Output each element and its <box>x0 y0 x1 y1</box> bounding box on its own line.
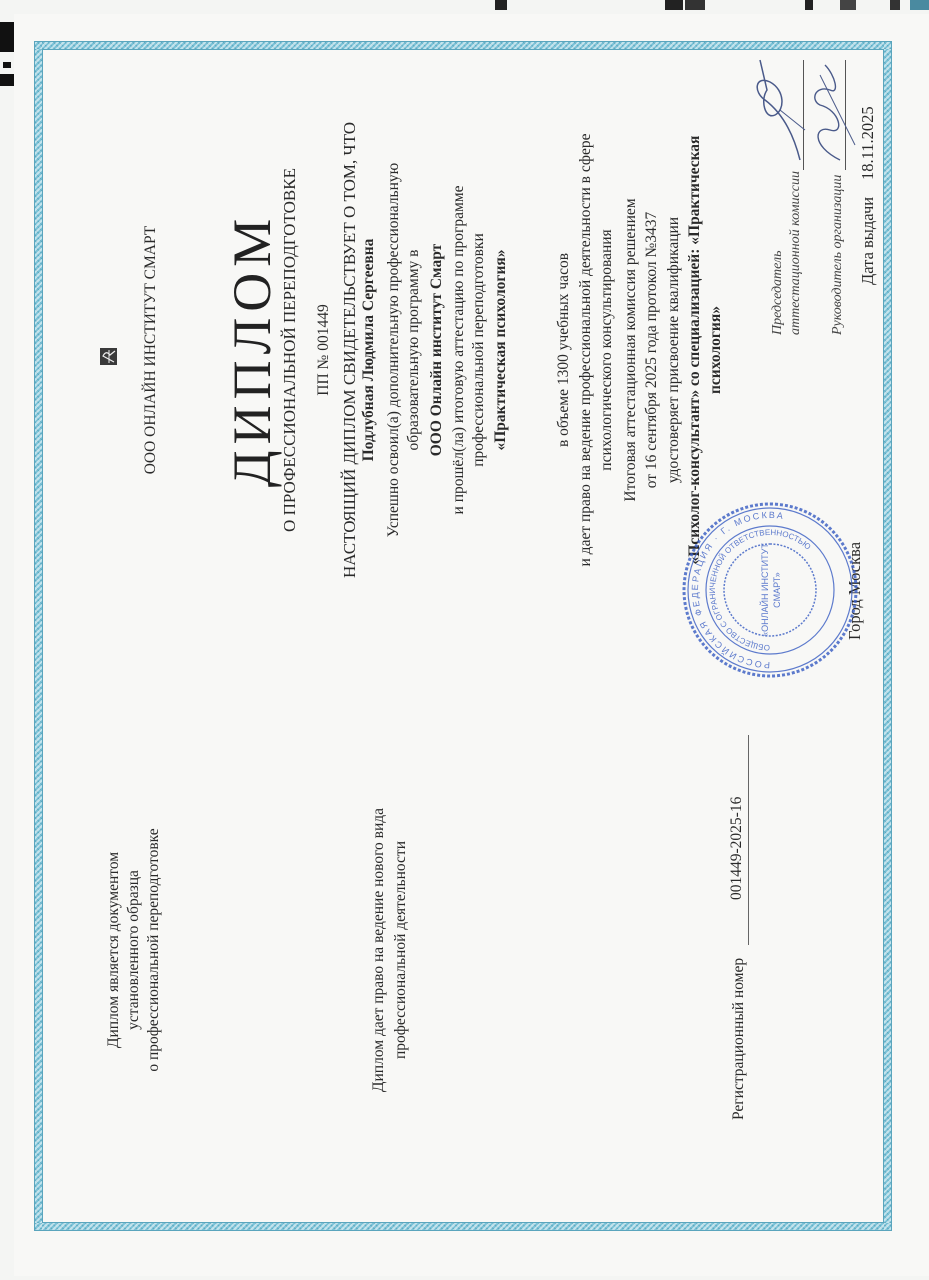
attestation-text-2: профессиональной переподготовки <box>470 60 488 640</box>
issue-date-label: Дата выдачи <box>858 197 878 285</box>
registration-label: Регистрационный номер <box>730 958 748 1120</box>
chairman-label-1: Председатель <box>770 251 786 336</box>
diploma-subtitle: О ПРОФЕССИОНАЛЬНОЙ ПЕРЕПОДГОТОВКЕ <box>280 60 300 640</box>
mastered-text-2: образовательную программу в <box>405 60 423 640</box>
rights-note-2: профессиональной деятельности <box>392 700 410 1200</box>
diploma-left-side: Диплом является документом установленног… <box>0 700 929 1200</box>
organization-name: ООО ОНЛАЙН ИНСТИТУТ СМАРТ <box>142 60 160 640</box>
diploma-main: ООО ОНЛАЙН ИНСТИТУТ СМАРТ ДИПЛОМ О ПРОФЕ… <box>0 60 929 640</box>
organization-stamp: РОССИЙСКАЯ ФЕДЕРАЦИЯ · Г. МОСКВА ОБЩЕСТВ… <box>680 500 860 680</box>
diploma-title: ДИПЛОМ <box>225 60 279 640</box>
diploma-sheet: ООО ОНЛАЙН ИНСТИТУТ СМАРТ ДИПЛОМ О ПРОФЕ… <box>0 0 929 1280</box>
mastered-text-1: Успешно освоил(а) дополнительную професс… <box>385 60 403 640</box>
rights-note-1: Диплом дает право на ведение нового вида <box>370 700 388 1200</box>
hours-text: в объеме 1300 учебных часов <box>555 60 573 640</box>
diploma-number: ПП № 001449 <box>315 60 333 640</box>
head-label: Руководитель организации <box>830 175 846 335</box>
rights-text-2: психологического консультирования <box>598 60 616 640</box>
registration-line <box>748 735 749 945</box>
recipient-name: Подлубная Людмила Сергеевна <box>360 60 378 640</box>
signature-head <box>800 55 860 165</box>
stamp-center-1: «ОНЛАЙН ИНСТИТУТ <box>759 543 770 637</box>
program-name: «Практическая психология» <box>492 60 510 640</box>
chairman-label-2: аттестационной комиссии <box>788 171 804 335</box>
commission-text-2: от 16 сентября 2025 года протокол №3437 <box>643 60 661 640</box>
stamp-center-2: СМАРТ» <box>772 572 782 608</box>
left-note-1: Диплом является документом <box>105 700 123 1200</box>
commission-text-1: Итоговая аттестационная комиссия решение… <box>622 60 640 640</box>
rights-text-1: и дает право на ведение профессиональной… <box>577 60 595 640</box>
left-note-3: о профессиональной переподготовке <box>145 700 163 1200</box>
institute-logo-icon <box>100 348 117 365</box>
left-note-2: установленного образца <box>125 700 143 1200</box>
issue-date: 18.11.2025 <box>858 106 878 180</box>
registration-number: 001449-2025-16 <box>728 797 746 900</box>
attestation-text-1: и прошёл(ла) итоговую аттестацию по прог… <box>450 60 468 640</box>
certifies-text: НАСТОЯЩИЙ ДИПЛОМ СВИДЕТЕЛЬСТВУЕТ О ТОМ, … <box>340 60 360 640</box>
institution-name: ООО Онлайн институт Смарт <box>428 60 446 640</box>
